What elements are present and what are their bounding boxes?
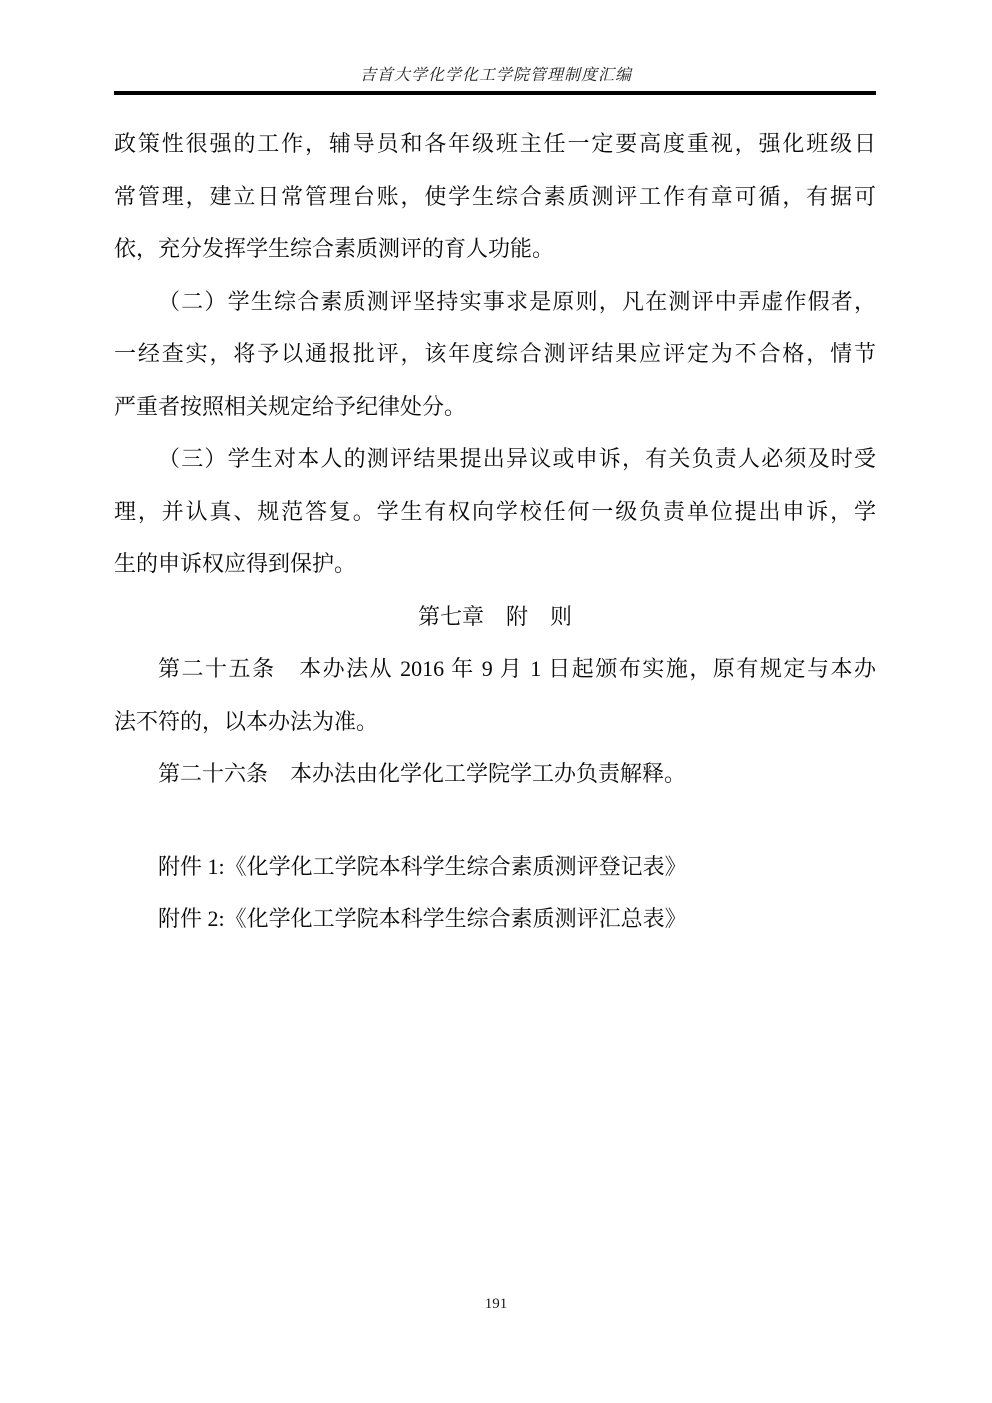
- header-rule: [114, 91, 876, 95]
- paragraph-line: 政策性很强的工作，辅导员和各年级班主任一定要高度重视，强化班级日: [114, 118, 876, 171]
- paragraph-line: 常管理，建立日常管理台账，使学生综合素质测评工作有章可循，有据可: [114, 171, 876, 224]
- paragraph-line: （三）学生对本人的测评结果提出异议或申诉，有关负责人必须及时受: [114, 433, 876, 486]
- page-number: 191: [485, 1296, 508, 1312]
- attachment-line: 附件 2:《化学化工学院本科学生综合素质测评汇总表》: [114, 893, 876, 946]
- paragraph-line: 一经查实，将予以通报批评，该年度综合测评结果应评定为不合格，情节: [114, 328, 876, 381]
- paragraph-line: 严重者按照相关规定给予纪律处分。: [114, 381, 876, 434]
- document-page: 吉首大学化学化工学院管理制度汇编 政策性很强的工作，辅导员和各年级班主任一定要高…: [0, 0, 992, 1403]
- paragraph-line: 依，充分发挥学生综合素质测评的育人功能。: [114, 223, 876, 276]
- running-header-title: 吉首大学化学化工学院管理制度汇编: [0, 62, 992, 85]
- paragraph-line: 生的申诉权应得到保护。: [114, 538, 876, 591]
- article-line: 第二十五条 本办法从 2016 年 9 月 1 日起颁布实施，原有规定与本办: [114, 643, 876, 696]
- paragraph-line: 理，并认真、规范答复。学生有权向学校任何一级负责单位提出申诉，学: [114, 486, 876, 539]
- article-line: 法不符的，以本办法为准。: [114, 696, 876, 749]
- paragraph-line: （二）学生综合素质测评坚持实事求是原则，凡在测评中弄虚作假者，: [114, 276, 876, 329]
- article-line: 第二十六条 本办法由化学化工学院学工办负责解释。: [114, 748, 876, 801]
- page-footer: 191: [0, 1296, 992, 1313]
- document-body: 政策性很强的工作，辅导员和各年级班主任一定要高度重视，强化班级日 常管理，建立日…: [114, 118, 876, 946]
- attachment-line: 附件 1:《化学化工学院本科学生综合素质测评登记表》: [114, 841, 876, 894]
- blank-spacer: [114, 801, 876, 841]
- chapter-heading: 第七章 附 则: [114, 591, 876, 644]
